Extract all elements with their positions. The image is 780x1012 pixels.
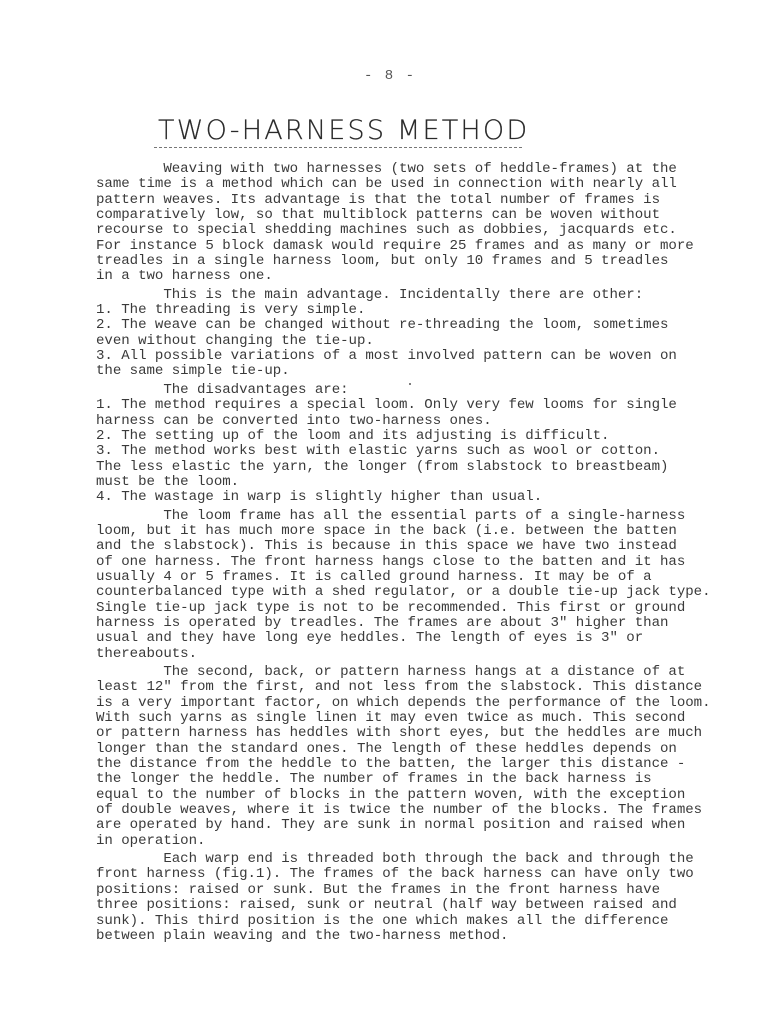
text-line: This is the main advantage. Incidentally…: [96, 288, 716, 303]
text-line: in a two harness one.: [96, 269, 716, 284]
text-line: pattern weaves. Its advantage is that th…: [96, 193, 716, 208]
text-line: The less elastic the yarn, the longer (f…: [96, 460, 716, 475]
paragraph: The loom frame has all the essential par…: [96, 509, 716, 662]
text-line: 3. The method works best with elastic ya…: [96, 444, 716, 459]
text-line: of one harness. The front harness hangs …: [96, 555, 716, 570]
text-line: 1. The method requires a special loom. O…: [96, 398, 716, 413]
text-line: 2. The setting up of the loom and its ad…: [96, 429, 716, 444]
text-line: usually 4 or 5 frames. It is called grou…: [96, 570, 716, 585]
title-underline: [154, 147, 522, 148]
text-line: must be the loom.: [96, 475, 716, 490]
text-line: With such yarns as single linen it may e…: [96, 711, 716, 726]
paragraph: The second, back, or pattern harness han…: [96, 665, 716, 849]
text-line: 2. The weave can be changed without re-t…: [96, 318, 716, 333]
text-line: front harness (fig.1). The frames of the…: [96, 867, 716, 882]
text-line: the longer the heddle. The number of fra…: [96, 772, 716, 787]
text-line: usual and they have long eye heddles. Th…: [96, 631, 716, 646]
text-line: For instance 5 block damask would requir…: [96, 239, 716, 254]
paragraph: Each warp end is threaded both through t…: [96, 852, 716, 944]
text-line: harness is operated by treadles. The fra…: [96, 616, 716, 631]
text-line: least 12" from the first, and not less f…: [96, 680, 716, 695]
text-line: 4. The wastage in warp is slightly highe…: [96, 490, 716, 505]
document-body: Weaving with two harnesses (two sets of …: [96, 162, 716, 944]
text-line: are operated by hand. They are sunk in n…: [96, 818, 716, 833]
text-line: counterbalanced type with a shed regulat…: [96, 585, 716, 600]
text-line: 1. The threading is very simple.: [96, 303, 716, 318]
text-line: longer than the standard ones. The lengt…: [96, 742, 716, 757]
text-line: recourse to special shedding machines su…: [96, 223, 716, 238]
text-line: between plain weaving and the two-harnes…: [96, 929, 716, 944]
text-line: Each warp end is threaded both through t…: [96, 852, 716, 867]
text-line: the same simple tie-up.: [96, 364, 716, 379]
text-line: 3. All possible variations of a most inv…: [96, 349, 716, 364]
paragraph: This is the main advantage. Incidentally…: [96, 288, 716, 380]
text-line: same time is a method which can be used …: [96, 177, 716, 192]
text-line: Single tie-up jack type is not to be rec…: [96, 601, 716, 616]
text-line: The second, back, or pattern harness han…: [96, 665, 716, 680]
paragraph: The disadvantages are:1. The method requ…: [96, 383, 716, 506]
text-line: positions: raised or sunk. But the frame…: [96, 883, 716, 898]
text-line: the distance from the heddle to the batt…: [96, 757, 716, 772]
page-number: - 8 -: [0, 68, 780, 84]
page-title: TWO-HARNESS METHOD: [158, 116, 520, 150]
text-line: sunk). This third position is the one wh…: [96, 914, 716, 929]
text-line: loom, but it has much more space in the …: [96, 524, 716, 539]
text-line: The loom frame has all the essential par…: [96, 509, 716, 524]
text-line: thereabouts.: [96, 647, 716, 662]
paragraph: Weaving with two harnesses (two sets of …: [96, 162, 716, 285]
text-line: harness can be converted into two-harnes…: [96, 414, 716, 429]
text-line: and the slabstock). This is because in t…: [96, 539, 716, 554]
text-line: treadles in a single harness loom, but o…: [96, 254, 716, 269]
text-line: even without changing the tie-up.: [96, 334, 716, 349]
text-line: is a very important factor, on which dep…: [96, 696, 716, 711]
text-line: Weaving with two harnesses (two sets of …: [96, 162, 716, 177]
text-line: three positions: raised, sunk or neutral…: [96, 898, 716, 913]
text-line: The disadvantages are:: [96, 383, 716, 398]
text-line: of double weaves, where it is twice the …: [96, 803, 716, 818]
text-line: or pattern harness has heddles with shor…: [96, 726, 716, 741]
text-line: in operation.: [96, 834, 716, 849]
text-line: comparatively low, so that multiblock pa…: [96, 208, 716, 223]
text-line: equal to the number of blocks in the pat…: [96, 788, 716, 803]
